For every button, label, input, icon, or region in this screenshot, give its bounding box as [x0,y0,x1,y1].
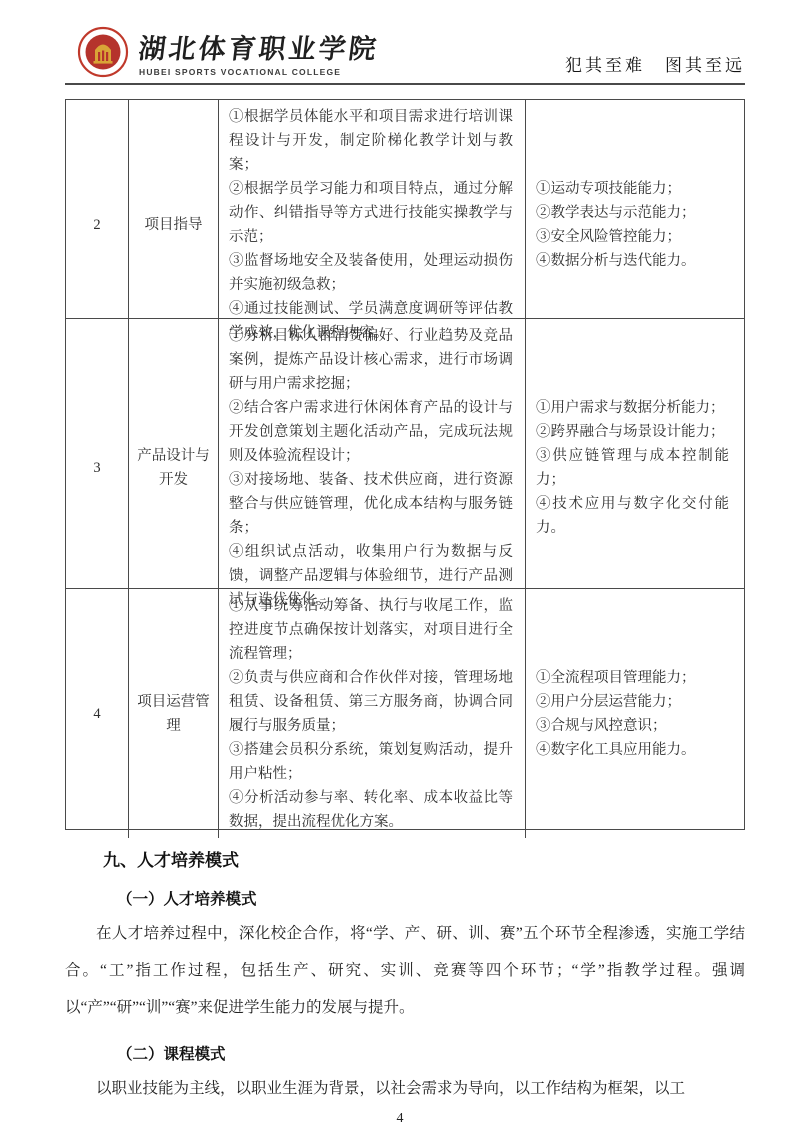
college-brand: 湖北体育职业学院 HUBEI SPORTS VOCATIONAL COLLEGE [77,26,379,78]
college-seal-icon [77,26,129,78]
college-name-cn: 湖北体育职业学院 [137,27,382,66]
duty-item: ②根据学员学习能力和项目特点，通过分解动作、纠错指导等方式进行技能实操教学与示范… [229,177,513,249]
duties-cell: ①根据学员体能水平和项目需求进行培训课程设计与开发，制定阶梯化教学计划与教案； … [218,100,525,349]
document-page: 湖北体育职业学院 HUBEI SPORTS VOCATIONAL COLLEGE… [0,0,800,1131]
table-row: 3 产品设计与开发 ①分析目标人群消费偏好、行业趋势及竞品案例，提炼产品设计核心… [66,318,744,588]
duty-item: ③对接场地、装备、技术供应商，进行资源整合与供应链管理，优化成本结构与服务链条； [229,468,513,540]
position-name: 项目运营管理 [128,589,218,838]
abilities-cell: ①用户需求与数据分析能力； ②跨界融合与场景设计能力； ③供应链管理与成本控制能… [525,319,744,616]
college-name-block: 湖北体育职业学院 HUBEI SPORTS VOCATIONAL COLLEGE [139,27,379,77]
duty-item: ②结合客户需求进行休闲体育产品的设计与开发创意策划主题化活动产品，完成玩法规则及… [229,396,513,468]
header-divider [65,83,745,85]
duty-item: ④分析活动参与率、转化率、成本收益比等数据，提出流程优化方案。 [229,786,513,834]
duty-item: ③搭建会员积分系统，策划复购活动，提升用户粘性； [229,738,513,786]
section-heading: 九、人才培养模式 [103,846,745,871]
duties-cell: ①分析目标人群消费偏好、行业趋势及竞品案例，提炼产品设计核心需求，进行市场调研与… [218,319,525,616]
position-name: 产品设计与开发 [128,319,218,616]
ability-item: ①用户需求与数据分析能力； [536,396,729,420]
ability-item: ①运动专项技能能力； [536,177,729,201]
ability-item: ④技术应用与数字化交付能力。 [536,492,729,540]
ability-item: ②用户分层运营能力； [536,690,729,714]
subsection-heading-1: （一）人才培养模式 [117,887,745,909]
paragraph-2: 以职业技能为主线，以职业生涯为背景，以社会需求为导向，以工作结构为框架，以工 [65,1070,745,1107]
duty-item: ①根据学员体能水平和项目需求进行培训课程设计与开发，制定阶梯化教学计划与教案； [229,105,513,177]
row-number: 2 [66,100,128,349]
abilities-cell: ①全流程项目管理能力； ②用户分层运营能力； ③合规与风控意识； ④数字化工具应… [525,589,744,838]
ability-item: ②教学表达与示范能力； [536,201,729,225]
ability-item: ④数据分析与迭代能力。 [536,249,729,273]
ability-item: ④数字化工具应用能力。 [536,738,729,762]
training-mode-section: 九、人才培养模式 （一）人才培养模式 在人才培养过程中，深化校企合作，将“学、产… [65,846,745,1107]
college-name-en: HUBEI SPORTS VOCATIONAL COLLEGE [139,67,379,77]
ability-item: ③合规与风控意识； [536,714,729,738]
page-number: 4 [397,1111,404,1126]
position-name: 项目指导 [128,100,218,349]
ability-item: ③供应链管理与成本控制能力； [536,444,729,492]
subsection-heading-2: （二）课程模式 [117,1042,745,1064]
duties-abilities-table: 2 项目指导 ①根据学员体能水平和项目需求进行培训课程设计与开发，制定阶梯化教学… [65,99,745,830]
table-row: 4 项目运营管理 ①从事统筹活动筹备、执行与收尾工作，监控进度节点确保按计划落实… [66,588,744,829]
abilities-cell: ①运动专项技能能力； ②教学表达与示范能力； ③安全风险管控能力； ④数据分析与… [525,100,744,349]
duties-cell: ①从事统筹活动筹备、执行与收尾工作，监控进度节点确保按计划落实，对项目进行全流程… [218,589,525,838]
ability-item: ③安全风险管控能力； [536,225,729,249]
duty-item: ③监督场地安全及装备使用，处理运动损伤并实施初级急救； [229,249,513,297]
paragraph-1: 在人才培养过程中，深化校企合作，将“学、产、研、训、赛”五个环节全程渗透，实施工… [65,915,745,1026]
header-motto: 犯其至难 图其至远 [565,51,745,78]
row-number: 3 [66,319,128,616]
ability-item: ①全流程项目管理能力； [536,666,729,690]
duty-item: ①分析目标人群消费偏好、行业趋势及竞品案例，提炼产品设计核心需求，进行市场调研与… [229,324,513,396]
duty-item: ②负责与供应商和合作伙伴对接，管理场地租赁、设备租赁、第三方服务商，协调合同履行… [229,666,513,738]
page-header: 湖北体育职业学院 HUBEI SPORTS VOCATIONAL COLLEGE… [65,0,745,78]
ability-item: ②跨界融合与场景设计能力； [536,420,729,444]
duty-item: ①从事统筹活动筹备、执行与收尾工作，监控进度节点确保按计划落实，对项目进行全流程… [229,594,513,666]
row-number: 4 [66,589,128,838]
table-row: 2 项目指导 ①根据学员体能水平和项目需求进行培训课程设计与开发，制定阶梯化教学… [66,100,744,318]
page-footer: 4 [0,1111,800,1127]
